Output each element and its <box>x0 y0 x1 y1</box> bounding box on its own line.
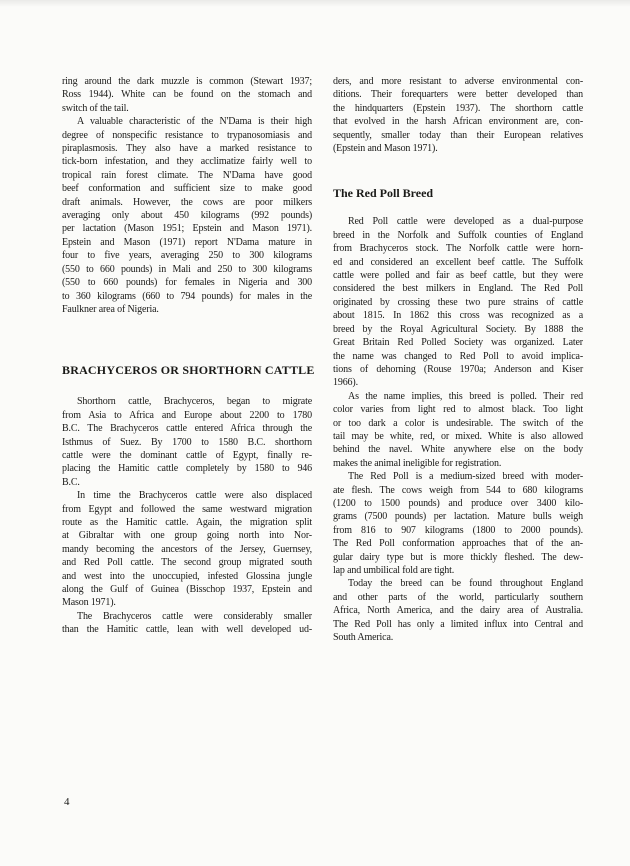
text-line: Great Britain Red Polled Society was org… <box>333 336 583 349</box>
text-line: ed and considered an excellent beef catt… <box>333 256 583 269</box>
text-line: (Epstein and Mason 1971). <box>333 142 583 155</box>
text-line: and other parts of the world, particular… <box>333 591 583 604</box>
text-line: ditions. Their forequarters were better … <box>333 88 583 101</box>
text-line: Faulkner area of Nigeria. <box>62 303 312 316</box>
text-line: Red Poll cattle were developed as a dual… <box>333 215 583 228</box>
text-line: the name was changed to Red Poll to avoi… <box>333 350 583 363</box>
text-line: per lactation (Mason 1951; Epstein and M… <box>62 222 312 235</box>
text-line: piraplasmosis. They also have a marked r… <box>62 142 312 155</box>
paragraph: Today the breed can be found throughout … <box>333 577 583 644</box>
text-line: draft animals. However, the cows are poo… <box>62 196 312 209</box>
text-line: gular dairy type but is more thickly fle… <box>333 551 583 564</box>
paragraph: The Brachyceros cattle were considerably… <box>62 610 312 637</box>
text-line: Mason 1971). <box>62 596 312 609</box>
text-line: ders, and more resistant to adverse envi… <box>333 75 583 88</box>
text-line: Ross 1944). White can be found on the st… <box>62 88 312 101</box>
page-number: 4 <box>64 796 70 808</box>
paragraph: Shorthorn cattle, Brachyceros, began to … <box>62 395 312 489</box>
text-line: breed in the Norfolk and Suffolk countie… <box>333 229 583 242</box>
text-line: 1966). <box>333 376 583 389</box>
text-line: tions of dehorning (Rouse 1970a; Anderso… <box>333 363 583 376</box>
text-line: The Red Poll conformation approaches tha… <box>333 537 583 550</box>
right-column: ders, and more resistant to adverse envi… <box>333 75 583 644</box>
paragraph: ring around the dark muzzle is common (S… <box>62 75 312 115</box>
text-line: from Egypt and followed the same westwar… <box>62 503 312 516</box>
text-line: tail may be white, red, or mixed. White … <box>333 430 583 443</box>
text-line: ate flesh. The cows weigh from 544 to 68… <box>333 484 583 497</box>
text-line: sequently, smaller today than their Euro… <box>333 129 583 142</box>
text-line: Today the breed can be found throughout … <box>333 577 583 590</box>
text-line: placing the Hamitic cattle completely by… <box>62 462 312 475</box>
text-line: (550 to 660 pounds) for females in Niger… <box>62 276 312 289</box>
text-line: As the name implies, this breed is polle… <box>333 390 583 403</box>
text-line: from 816 to 907 kilograms (1800 to 2000 … <box>333 524 583 537</box>
text-line: about 1815. In 1862 this cross was recog… <box>333 309 583 322</box>
paragraph: Red Poll cattle were developed as a dual… <box>333 215 583 389</box>
text-line: originated by crossing these two pure st… <box>333 296 583 309</box>
text-line: The Red Poll has only a limited influx i… <box>333 618 583 631</box>
text-line: mandy becoming the ancestors of the Jers… <box>62 543 312 556</box>
text-line: breed by the Royal Agricultural Society.… <box>333 323 583 336</box>
text-line: considered the best milkers in England. … <box>333 282 583 295</box>
text-line: averaging only about 450 kilograms (992 … <box>62 209 312 222</box>
text-line: cattle were polled and fair as beef catt… <box>333 269 583 282</box>
left-column: ring around the dark muzzle is common (S… <box>62 75 312 644</box>
text-line: A valuable characteristic of the N'Dama … <box>62 115 312 128</box>
text-line: ring around the dark muzzle is common (S… <box>62 75 312 88</box>
paragraph: ders, and more resistant to adverse envi… <box>333 75 583 155</box>
paragraph: In time the Brachyceros cattle were also… <box>62 489 312 610</box>
text-line: Isthmus of Suez. By 1700 to 1580 B.C. sh… <box>62 436 312 449</box>
text-line: (1200 to 1500 pounds) and produce over 3… <box>333 497 583 510</box>
subsection-heading: The Red Poll Breed <box>333 186 583 201</box>
paragraph: As the name implies, this breed is polle… <box>333 390 583 470</box>
text-line: Shorthorn cattle, Brachyceros, began to … <box>62 395 312 408</box>
text-line: tropical rain forest climate. The N'Dama… <box>62 169 312 182</box>
text-line: B.C. The Brachyceros cattle entered Afri… <box>62 422 312 435</box>
text-line: route as the Hamitic cattle. Again, the … <box>62 516 312 529</box>
text-line: switch of the tail. <box>62 102 312 115</box>
text-line: South America. <box>333 631 583 644</box>
text-line: In time the Brachyceros cattle were also… <box>62 489 312 502</box>
text-line: to 360 kilograms (660 to 794 pounds) for… <box>62 290 312 303</box>
section-heading: BRACHYCEROS OR SHORTHORN CATTLE <box>62 363 312 378</box>
text-line: (550 to 660 pounds) in Mali and 250 to 3… <box>62 263 312 276</box>
text-line: from Asia to Africa and Europe about 220… <box>62 409 312 422</box>
text-line: makes the animal ineligible for registra… <box>333 457 583 470</box>
text-columns: ring around the dark muzzle is common (S… <box>62 75 583 644</box>
text-line: along the Gulf of Guinea (Bisschop 1937,… <box>62 583 312 596</box>
text-line: B.C. <box>62 476 312 489</box>
paragraph: The Red Poll is a medium-sized breed wit… <box>333 470 583 577</box>
text-line: The Red Poll is a medium-sized breed wit… <box>333 470 583 483</box>
text-line: and west into the unoccupied, infested G… <box>62 570 312 583</box>
text-line: and Red Poll cattle. The second group mi… <box>62 556 312 569</box>
text-line: that evolved in the harsh African enviro… <box>333 115 583 128</box>
text-line: or too dark a color is undesirable. The … <box>333 417 583 430</box>
text-line: Africa, North America, and the dairy are… <box>333 604 583 617</box>
document-page: ring around the dark muzzle is common (S… <box>0 0 630 866</box>
text-line: four to five years, averaging 250 to 300… <box>62 249 312 262</box>
text-line: beef conformation and sufficient size to… <box>62 182 312 195</box>
text-line: cattle were the dominant cattle of Egypt… <box>62 449 312 462</box>
text-line: from Brachyceros stock. The Norfolk catt… <box>333 242 583 255</box>
text-line: lap and umbilical fold are tight. <box>333 564 583 577</box>
text-line: Epstein and Mason (1971) report N'Dama m… <box>62 236 312 249</box>
text-line: degree of nonspecific resistance to tryp… <box>62 129 312 142</box>
text-line: at Gibraltar with one group going north … <box>62 529 312 542</box>
text-line: grams (7500 pounds) per lactation. Matur… <box>333 510 583 523</box>
text-line: behind the navel. White anywhere else on… <box>333 443 583 456</box>
text-line: The Brachyceros cattle were considerably… <box>62 610 312 623</box>
paragraph: A valuable characteristic of the N'Dama … <box>62 115 312 316</box>
text-line: the hindquarters (Epstein 1937). The sho… <box>333 102 583 115</box>
text-line: tick-born infestation, and they acclimat… <box>62 155 312 168</box>
text-line: than the Hamitic cattle, lean with well … <box>62 623 312 636</box>
text-line: color varies from light red to almost bl… <box>333 403 583 416</box>
